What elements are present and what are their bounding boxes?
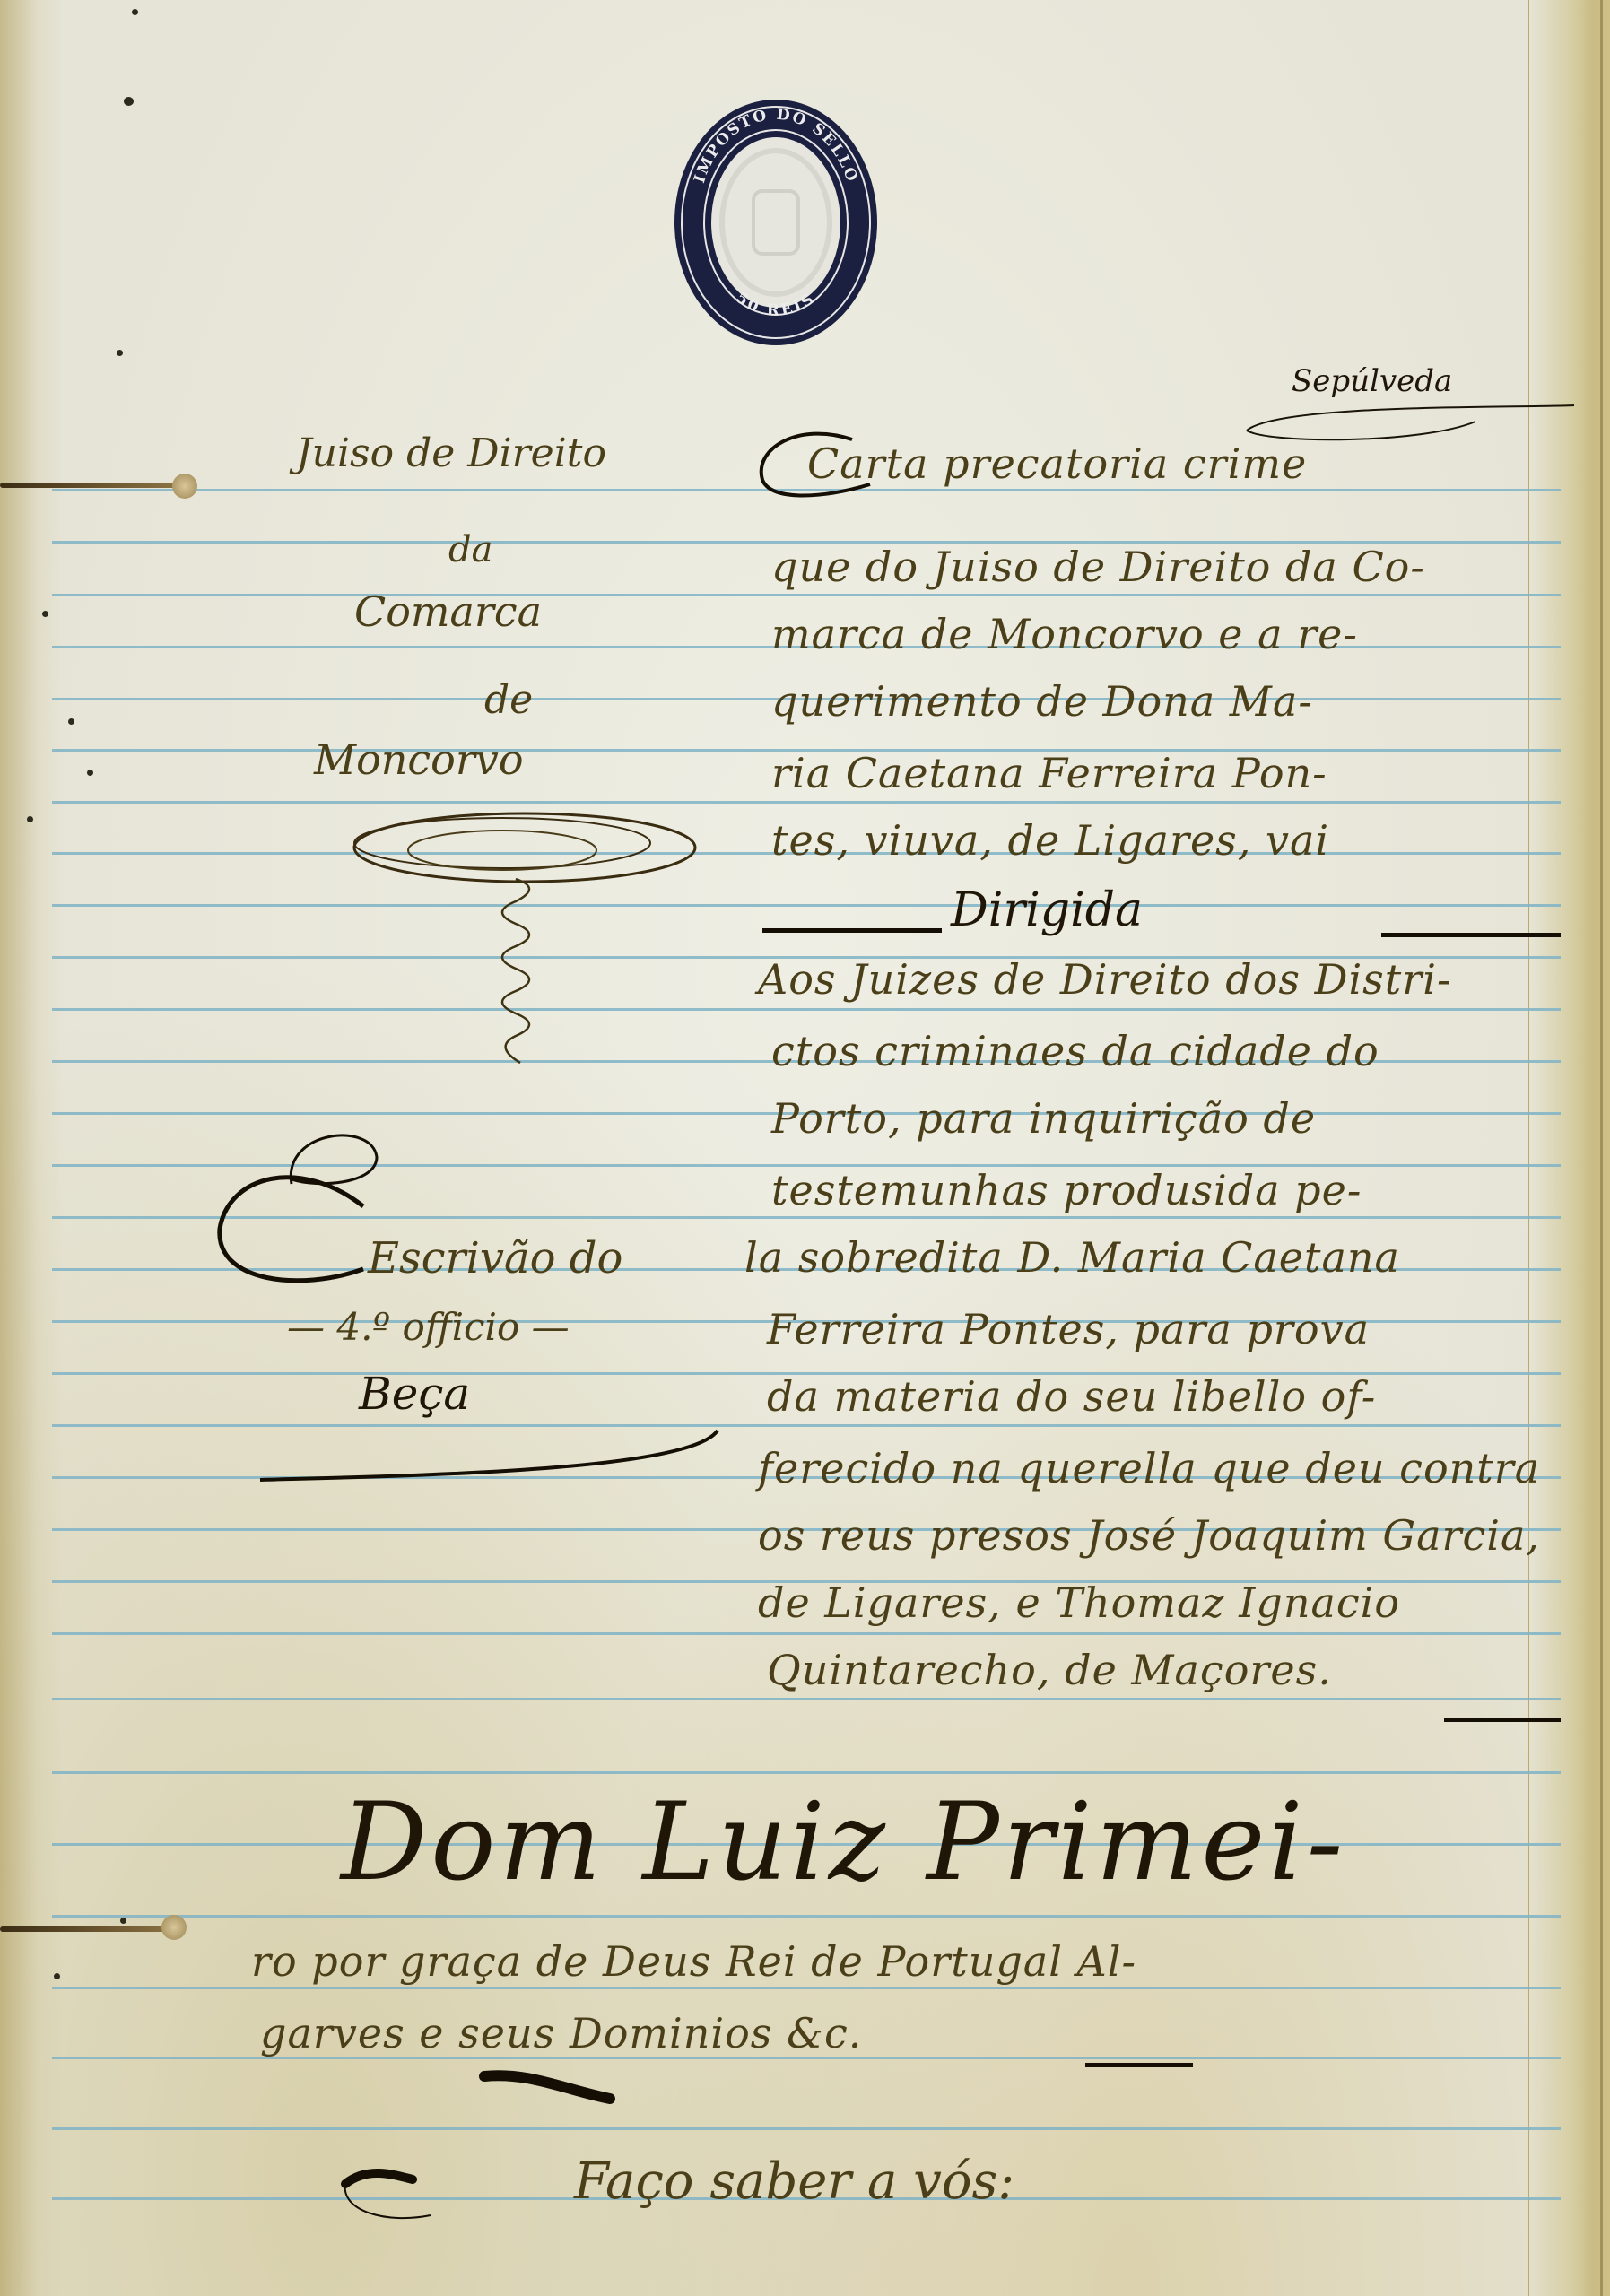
binding-knot [161,1915,187,1940]
ruled-line [52,1771,1561,1774]
heading-rule-right [1381,933,1561,937]
ruled-line [52,594,1561,596]
margin-scribe-line-2: — 4.º officio — [287,1305,570,1349]
addressed-line-6: Ferreira Pontes, para prova [767,1305,1370,1353]
revenue-stamp-icon: IMPOSTO DO SELLO 50 REIS [671,97,881,348]
margin-scribe-line-1: Escrivão do [368,1233,622,1283]
title-line-6: tes, viuva, de Ligares, vai [771,816,1329,865]
margin-court-line-3: Comarca [354,587,542,636]
addressed-line-4: testemunhas produsida pe- [771,1166,1362,1214]
document-page: IMPOSTO DO SELLO 50 REIS Sepúlveda Juiso… [0,0,1610,2296]
line-end-dash [1085,2063,1193,2067]
signature-top-right: Sepúlveda [1292,363,1452,399]
margin-court-line-5: Moncorvo [314,735,524,784]
ruled-line [52,904,1561,907]
title-line-2: que do Juiso de Direito da Co- [771,543,1425,591]
ruled-line [52,1915,1561,1918]
margin-court-line-1: Juiso de Direito [296,430,606,476]
margin-scribe-signature: Beça [359,1368,470,1420]
margin-court-line-4: de [484,677,533,723]
addressed-line-9: os reus presos José Joaquim Garcia, [758,1511,1540,1560]
ruled-line [52,2127,1561,2130]
ruled-line [52,1008,1561,1011]
addressed-line-3: Porto, para inquirição de [771,1094,1316,1143]
title-line-4: querimento de Dona Ma- [771,677,1313,726]
king-line-1: ro por graça de Deus Rei de Portugal Al- [251,1937,1136,1986]
addressed-line-2: ctos criminaes da cidade do [771,1027,1379,1075]
binding-thread [0,1926,179,1932]
closing-line: Faço saber a vós: [574,2152,1014,2211]
ruled-line [52,1698,1561,1700]
title-line-3: marca de Moncorvo e a re- [771,610,1358,658]
binding-thread [0,483,179,488]
line-end-dash [1444,1718,1561,1722]
ruled-line [52,1987,1561,1989]
addressed-line-8: ferecido na querella que deu contra [758,1444,1540,1492]
scribe-underline-flourish [242,1426,744,1489]
heading-rule-left [762,928,942,933]
king-title: Dom Luiz Primei- [341,1780,1346,1905]
addressed-line-1: Aos Juizes de Direito dos Distri- [758,955,1452,1004]
king-line-2: garves e seus Dominios &c. [260,2009,862,2057]
addressed-line-5: la sobredita D. Maria Caetana [744,1233,1400,1282]
paraph-flourish [323,789,718,1112]
binding-knot [172,474,197,499]
paper-right-edge-stain [1528,0,1610,2296]
margin-court-line-2: da [448,529,492,570]
ruled-line [52,1632,1561,1635]
paper-left-edge-stain [0,0,63,2296]
title-line-1: Carta precatoria crime [807,439,1307,488]
addressed-line-11: Quintarecho, de Maçores. [767,1646,1332,1694]
addressed-line-10: de Ligares, e Thomaz Ignacio [758,1578,1400,1627]
addressed-line-7: da materia do seu libello of- [767,1372,1376,1421]
ruled-line [52,801,1561,804]
title-line-5: ria Caetana Ferreira Pon- [771,749,1327,797]
addressed-heading: Dirigida [951,883,1143,937]
